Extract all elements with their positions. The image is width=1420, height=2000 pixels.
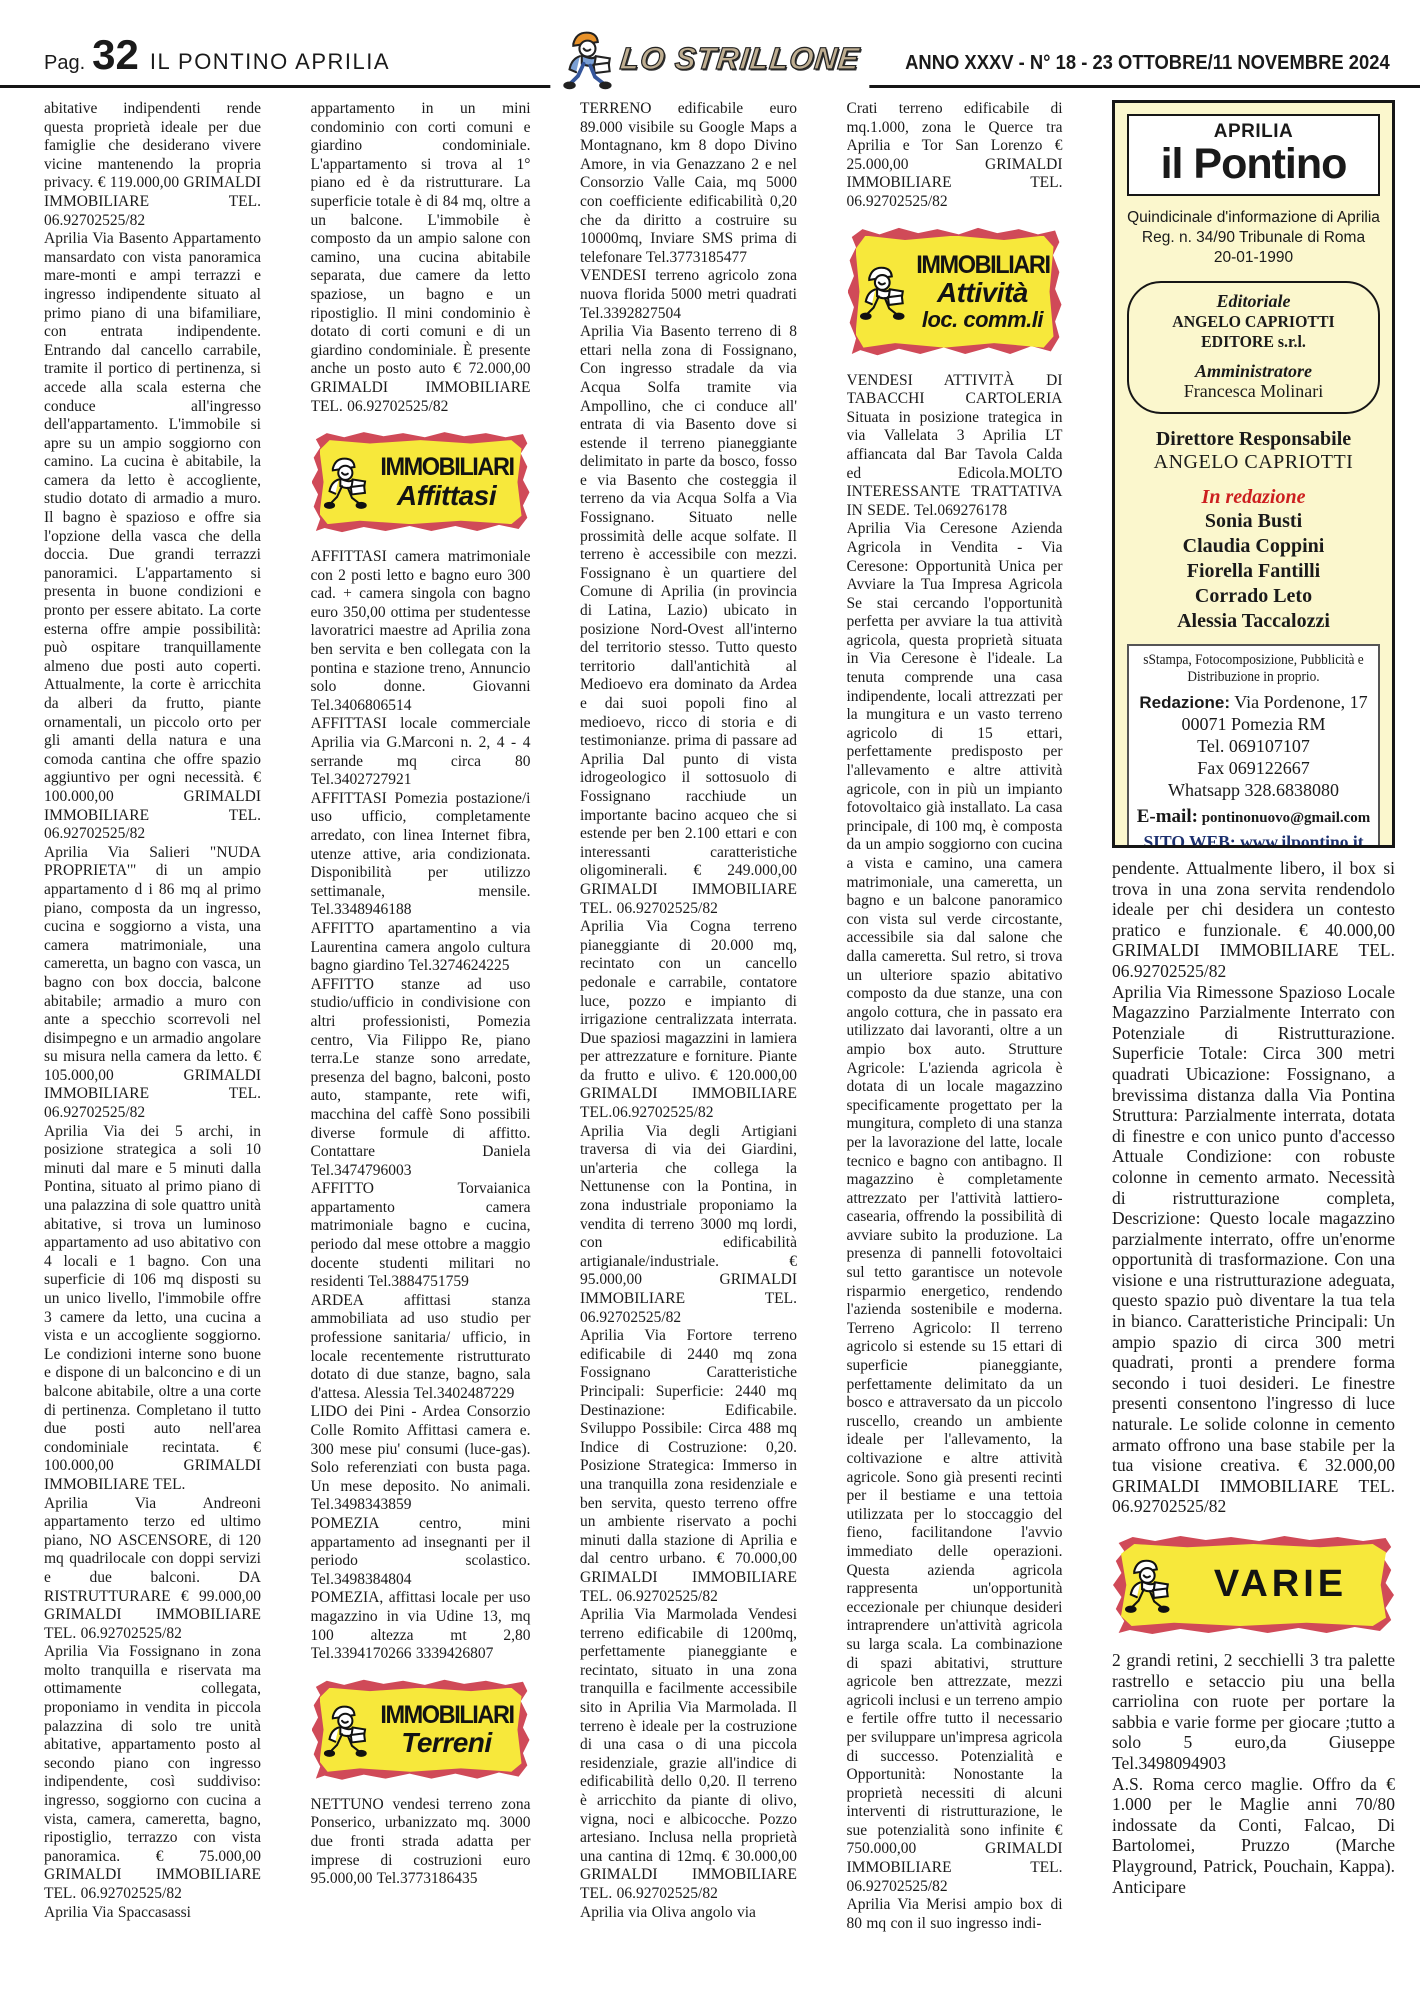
ad-text: Aprilia Via Ceresone Azienda Agricola in…	[847, 520, 1063, 1896]
masthead-subtitle-line: 20-01-1990	[1127, 248, 1380, 268]
ad-text: VENDESI ATTIVITÀ DI TABACCHI CARTOLERIA …	[847, 372, 1063, 521]
column-4-attivita-ads: VENDESI ATTIVITÀ DI TABACCHI CARTOLERIA …	[847, 372, 1063, 1934]
ad-text: Aprilia Via Basento Appartamento mansard…	[44, 230, 261, 844]
ad-text: Aprilia Via Andreoni appartamento terzo …	[44, 1495, 261, 1644]
director-name: ANGELO CAPRIOTTI	[1127, 451, 1380, 474]
editorial-label: Editoriale	[1133, 291, 1374, 312]
ad-text: AFFITTASI locale commerciale Aprilia via…	[311, 715, 531, 789]
ad-text: Crati terreno edificabile di mq.1.000, z…	[847, 100, 1063, 212]
email-label: E-mail:	[1137, 806, 1198, 827]
ad-text: VENDESI terreno agricolo zona nuova flor…	[580, 267, 797, 323]
address-line: 00071 Pomezia RM	[1133, 713, 1374, 735]
column-4: Crati terreno edificabile di mq.1.000, z…	[847, 100, 1063, 1978]
email-value: pontinonuovo@gmail.com	[1202, 810, 1371, 826]
column-4-top-ads: Crati terreno edificabile di mq.1.000, z…	[847, 100, 1063, 212]
ad-text: AFFITTASI camera matrimoniale con 2 post…	[311, 548, 531, 715]
ad-text: Aprilia Via Merisi ampio box di 80 mq co…	[847, 1896, 1063, 1933]
badge-title: Attività	[912, 278, 1054, 307]
contact-box: sStampa, Fotocomposizione, Pubblicità e …	[1127, 644, 1380, 848]
column-2-terreni-ads: NETTUNO vendesi terreno zona Ponserico, …	[311, 1796, 531, 1889]
ad-text: Aprilia Via Spaccasassi	[44, 1904, 261, 1923]
editorial-name: ANGELO CAPRIOTTI EDITORE s.r.l.	[1138, 312, 1369, 352]
badge-kicker: IMMOBILIARI	[916, 252, 1049, 278]
ad-text: AFFITTASI Pomezia postazione/i uso uffic…	[311, 790, 531, 920]
address-line: Fax 069122667	[1133, 757, 1374, 779]
paper-name: IL PONTINO APRILIA	[150, 49, 390, 75]
website-row: SITO WEB: www.ilpontino.it	[1133, 832, 1374, 848]
redazione-name: Fiorella Fantilli	[1127, 559, 1380, 584]
issue-info: ANNO XXXV - N° 18 - 23 OTTOBRE/11 NOVEMB…	[905, 52, 1390, 75]
ad-text: Aprilia Via Cogna terreno pianeggiante d…	[580, 918, 797, 1123]
address-line: Whatsapp 328.6838080	[1133, 779, 1374, 801]
badge-title: Affittasi	[374, 481, 520, 510]
redazione-address: Redazione: Via Pordenone, 17	[1133, 692, 1374, 713]
ad-text: AFFITTO Torvaianica appartamento camera …	[311, 1180, 531, 1292]
redazione-names: Sonia BustiClaudia CoppiniFiorella Fanti…	[1127, 509, 1380, 634]
ad-text: Aprilia Via Fossignano in zona molto tra…	[44, 1643, 261, 1903]
badge-varie: VARIE	[1113, 1535, 1394, 1635]
ad-text: POMEZIA, affittasi locale per uso magazz…	[311, 1589, 531, 1663]
ad-text: NETTUNO vendesi terreno zona Ponserico, …	[311, 1796, 531, 1889]
ad-text: Aprilia Via Rimessone Spazioso Locale Ma…	[1112, 982, 1395, 1517]
newsboy-icon	[858, 260, 910, 324]
masthead-title: il Pontino	[1135, 143, 1372, 186]
masthead-subtitle: Quindicinale d'informazione di ApriliaRe…	[1127, 208, 1380, 268]
ad-text: Aprilia via Oliva angolo via	[580, 1904, 797, 1923]
badge-title: Terreni	[374, 1728, 520, 1757]
ad-text: Aprilia Via degli Artigiani traversa di …	[580, 1123, 797, 1328]
ad-text: Aprilia Via Salieri "NUDA PROPRIETA'" di…	[44, 844, 261, 1123]
ad-text: pendente. Attualmente libero, il box si …	[1112, 858, 1395, 982]
ad-text: Aprilia Via Basento terreno di 8 ettari …	[580, 323, 797, 918]
director-label: Direttore Responsabile	[1127, 428, 1380, 451]
page-header: Pag. 32 IL PONTINO APRILIA	[0, 0, 1420, 88]
address-lines: 00071 Pomezia RMTel. 069107107Fax 069122…	[1133, 713, 1374, 801]
website-value: www.ilpontino.it	[1240, 832, 1364, 848]
masthead-title-box: APRILIA il Pontino	[1127, 114, 1380, 196]
column-5: APRILIA il Pontino Quindicinale d'inform…	[1112, 100, 1395, 1978]
masthead-subtitle-line: Quindicinale d'informazione di Aprilia	[1127, 208, 1380, 228]
pontino-masthead-box: APRILIA il Pontino Quindicinale d'inform…	[1112, 100, 1395, 848]
ad-text: A.S. Roma cerco maglie. Offro da € 1.000…	[1112, 1774, 1395, 1898]
production-note: sStampa, Fotocomposizione, Pubblicità e …	[1143, 652, 1365, 686]
column-3-ads: TERRENO edificabile euro 89.000 visibile…	[580, 100, 797, 1922]
badge-immobiliari-terreni: IMMOBILIARI Terreni	[312, 1679, 530, 1781]
ad-text: AFFITTO stanze ad uso studio/ufficio in …	[311, 976, 531, 1181]
redazione-name: Alessia Taccalozzi	[1127, 609, 1380, 634]
badge-kicker: IMMOBILIARI	[378, 1702, 515, 1728]
column-3: TERRENO edificabile euro 89.000 visibile…	[580, 100, 797, 1978]
newsboy-icon	[560, 26, 618, 92]
ad-text: abitative indipendenti rende questa prop…	[44, 100, 261, 230]
redazione-address-label: Redazione:	[1139, 693, 1230, 712]
ad-text: Aprilia Via Fortore terreno edificabile …	[580, 1327, 797, 1606]
column-5-top-ads: pendente. Attualmente libero, il box si …	[1112, 858, 1395, 1517]
newsboy-icon	[1123, 1554, 1175, 1616]
column-5-varie-ads: 2 grandi retini, 2 secchielli 3 tra pale…	[1112, 1650, 1395, 1897]
ad-text: Aprilia Via dei 5 archi, in posizione st…	[44, 1123, 261, 1495]
editorial-box: Editoriale ANGELO CAPRIOTTI EDITORE s.r.…	[1127, 281, 1380, 414]
page-label: Pag.	[44, 52, 85, 75]
redazione-label: In redazione	[1127, 486, 1380, 509]
ad-text: 2 grandi retini, 2 secchielli 3 tra pale…	[1112, 1650, 1395, 1774]
badge-title: VARIE	[1177, 1565, 1384, 1605]
ad-text: POMEZIA centro, mini appartamento ad ins…	[311, 1515, 531, 1589]
column-1: abitative indipendenti rende questa prop…	[44, 100, 261, 1978]
ad-text: TERRENO edificabile euro 89.000 visibile…	[580, 100, 797, 267]
column-1-ads: abitative indipendenti rende questa prop…	[44, 100, 261, 1922]
redazione-name: Corrado Leto	[1127, 584, 1380, 609]
ad-text: ARDEA affittasi stanza ammobiliata ad us…	[311, 1292, 531, 1404]
badge-immobiliari-attivita: IMMOBILIARI Attività loc. comm.li	[848, 227, 1062, 357]
ad-text: AFFITTO apartamentino a via Laurentina c…	[311, 920, 531, 976]
page-number-block: Pag. 32 IL PONTINO APRILIA	[44, 38, 390, 75]
redazione-name: Claudia Coppini	[1127, 534, 1380, 559]
ad-text: Aprilia Via Marmolada Vendesi terreno ed…	[580, 1606, 797, 1904]
redazione-address-value: Via Pordenone, 17	[1234, 692, 1367, 712]
newsboy-icon	[322, 1700, 372, 1760]
masthead-subtitle-line: Reg. n. 34/90 Tribunale di Roma	[1127, 228, 1380, 248]
classifieds-area: abitative indipendenti rende questa prop…	[0, 88, 1420, 1978]
newsboy-icon	[322, 452, 372, 512]
ad-text: LIDO dei Pini - Ardea Consorzio Colle Ro…	[311, 1403, 531, 1515]
ad-text: appartamento in un mini condominio con c…	[311, 100, 531, 416]
column-2: appartamento in un mini condominio con c…	[311, 100, 531, 1978]
website-label: SITO WEB:	[1143, 832, 1235, 848]
page-number: 32	[92, 38, 139, 72]
badge-subtitle: loc. comm.li	[912, 308, 1054, 331]
column-2-top-ads: appartamento in un mini condominio con c…	[311, 100, 531, 416]
logo-wordmark: LO STRILLONE	[618, 41, 861, 77]
column-2-affittasi-ads: AFFITTASI camera matrimoniale con 2 post…	[311, 548, 531, 1664]
admin-name: Francesca Molinari	[1133, 381, 1374, 402]
newspaper-page: Pag. 32 IL PONTINO APRILIA	[0, 0, 1420, 2000]
redazione-name: Sonia Busti	[1127, 509, 1380, 534]
badge-kicker: IMMOBILIARI	[378, 454, 515, 480]
admin-label: Amministratore	[1133, 361, 1374, 382]
badge-immobiliari-affittasi: IMMOBILIARI Affittasi	[312, 431, 530, 533]
email-row: E-mail: pontinonuovo@gmail.com	[1133, 806, 1374, 828]
address-line: Tel. 069107107	[1133, 735, 1374, 757]
strillone-logo: LO STRILLONE	[550, 26, 869, 92]
